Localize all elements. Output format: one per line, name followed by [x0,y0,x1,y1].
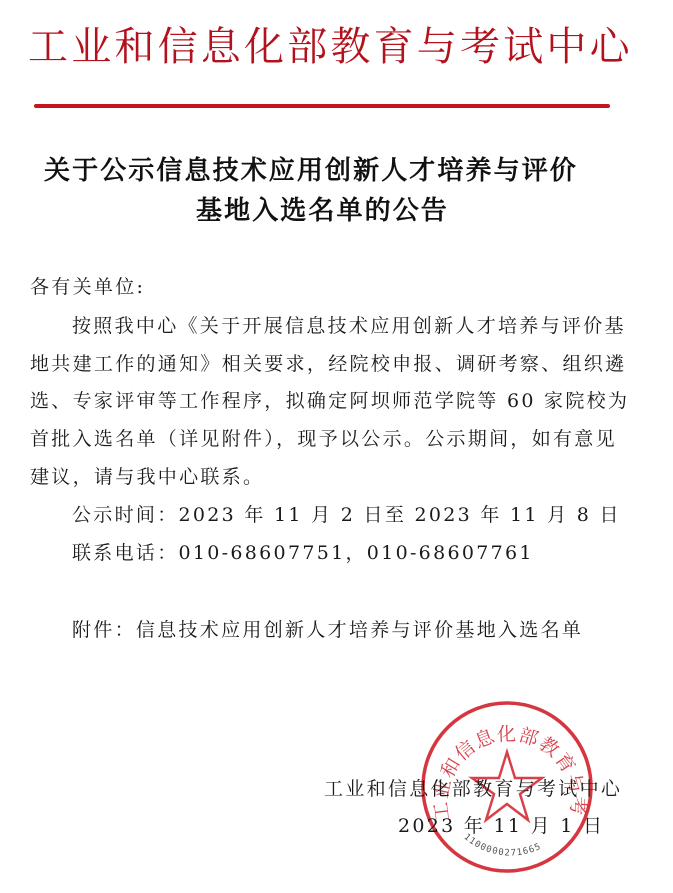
body-paragraph-line: 首批入选名单（详见附件），现予以公示。公示期间，如有意见 [30,426,617,452]
letterhead-org-name: 工业和信息化部教育与考试中心 [28,16,610,78]
contact-phone: 联系电话：010-68607751，010-68607761 [72,540,534,566]
publicity-period: 公示时间：2023 年 11 月 2 日至 2023 年 11 月 8 日 [72,502,621,528]
body-paragraph-line: 按照我中心《关于开展信息技术应用创新人才培养与评价基 [72,313,626,339]
body-paragraph-line: 选、专家评审等工作程序，拟确定阿坝师范学院等 60 家院校为 [30,388,629,414]
body-paragraph-line: 建议，请与我中心联系。 [30,464,264,490]
document-title-line-2: 基地入选名单的公告 [196,194,449,228]
document-title-line-1: 关于公示信息技术应用创新人才培养与评价 [44,154,614,188]
salutation: 各有关单位: [30,274,145,300]
attachment-reference: 附件：信息技术应用创新人才培养与评价基地入选名单 [72,617,583,643]
signature-date: 2023 年 11 月 1 日 [398,813,604,839]
signature-org-name: 工业和信息化部教育与考试中心 [324,776,622,802]
letterhead-red-rule [34,104,610,108]
body-paragraph-line: 地共建工作的通知》相关要求，经院校申报、调研考察、组织遴 [30,351,626,377]
